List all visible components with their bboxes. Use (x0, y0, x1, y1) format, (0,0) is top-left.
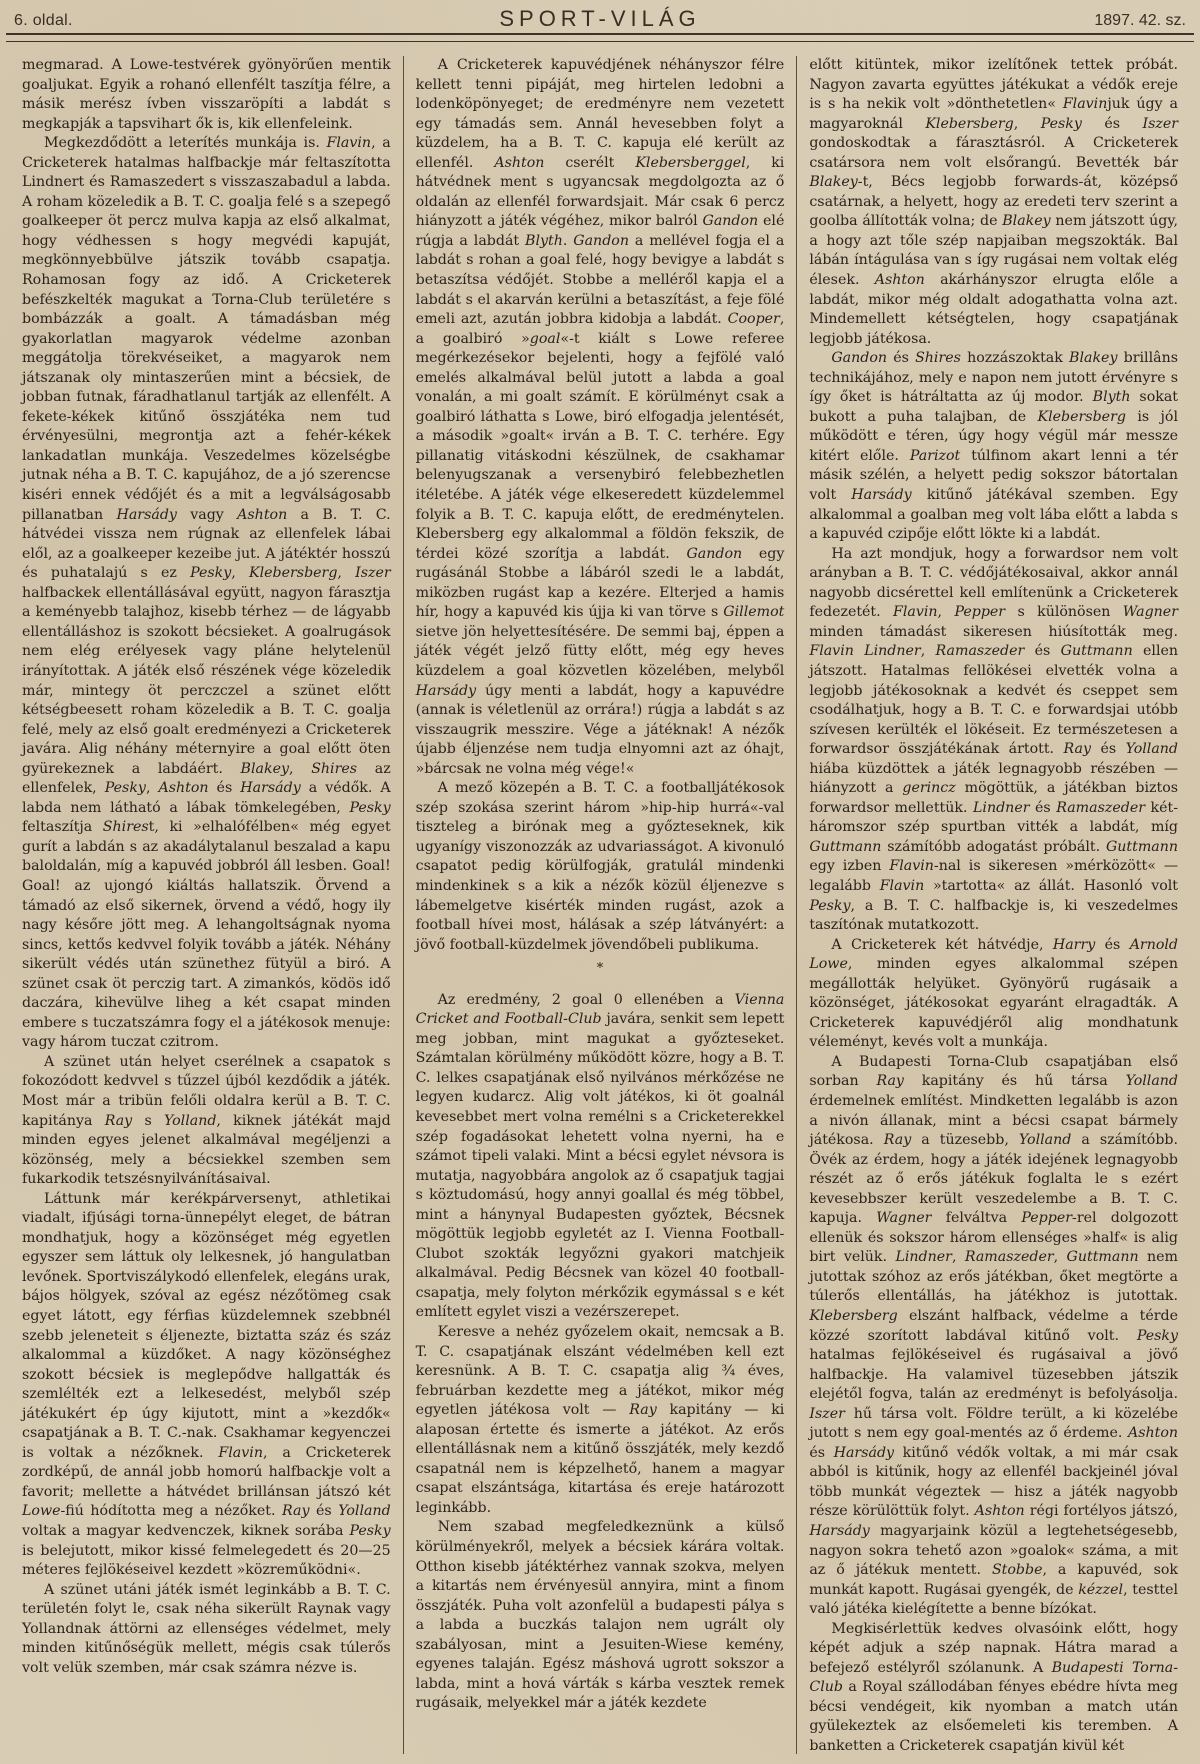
italic-name: Blakey (241, 761, 289, 777)
italic-name: Ramaszeder (936, 643, 1025, 659)
italic-name: Flavin (1063, 96, 1108, 112)
text-run: hű társa volt. Földre terült, a ki közel… (809, 1406, 1178, 1442)
italic-name: Pesky (105, 780, 146, 796)
text-run: , (1054, 1249, 1067, 1265)
italic-name: Ashton (975, 1503, 1025, 1519)
text-run: sietve jön helyettesítésére. De semmi ba… (416, 624, 785, 679)
text-run: »tartotta« az állát. Hasonló volt (924, 878, 1178, 894)
text-run: feltaszítja (22, 819, 103, 835)
italic-name: Blyth (525, 233, 563, 249)
text-run: , (938, 604, 955, 620)
italic-name: Blakey (809, 174, 857, 190)
text-run: megmarad. A Lowe-testvérek gyönyörűen me… (22, 57, 391, 132)
italic-name: Ramaszeder (1056, 800, 1145, 816)
text-run: A szünet utáni játék ismét leginkább a B… (22, 1582, 391, 1676)
italic-name: Gillemot (723, 604, 784, 620)
italic-name: Klebersberg (1038, 409, 1126, 425)
text-run: és (1095, 937, 1129, 953)
text-run: és (1030, 800, 1057, 816)
italic-name: Flavin (893, 604, 938, 620)
italic-name: Klebersberggel (635, 155, 745, 171)
italic-name: Flavin (880, 878, 925, 894)
italic-name: goal (530, 331, 561, 347)
text-run (854, 643, 864, 659)
italic-name: Ashton (875, 272, 925, 288)
text-run: számítóbb adogatást próbált. (881, 839, 1106, 855)
italic-name: Gandon (573, 233, 629, 249)
italic-name: Lowe (22, 1503, 61, 1519)
italic-name: Gandon (686, 546, 742, 562)
text-run: s különösen (1005, 604, 1123, 620)
italic-name: Guttmann (1061, 643, 1133, 659)
paragraph: előtt kitüntek, mikor izelítőnek tettek … (809, 56, 1178, 349)
text-run: és (1082, 116, 1143, 132)
paragraph: Megkezdődött a leterítés munkája is. Fla… (22, 134, 391, 1053)
text-run: , (231, 565, 249, 581)
paragraph: megmarad. A Lowe-testvérek gyönyörűen me… (22, 56, 391, 134)
text-run: , (146, 780, 159, 796)
italic-name: Stobbe (992, 1562, 1043, 1578)
paragraph: Keresve a nehéz győzelem okait, nemcsak … (416, 1323, 785, 1518)
italic-name: Lindner (864, 643, 921, 659)
text-run: Nem szabad megfeledkeznünk a külső körül… (416, 1519, 785, 1711)
paragraph: A Budapesti Torna-Club csapatjában első … (809, 1053, 1178, 1620)
text-run: gondoskodtak a fárasztásról. A Cricketer… (809, 135, 1178, 171)
italic-name: Harsády (240, 780, 300, 796)
paragraph: A Cricketerek kapuvédjének néhányszor fé… (416, 56, 785, 779)
text-run: halfbackek ellentállásával együtt, nagyo… (22, 585, 391, 777)
italic-name: Ashton (1128, 1425, 1178, 1441)
text-run: A Cricketerek kapuvédjének néhányszor fé… (416, 57, 785, 171)
text-run: Megkezdődött a leterítés munkája is. (44, 135, 327, 151)
text-run: és (209, 780, 241, 796)
italic-name: kézzel (1078, 1582, 1123, 1598)
italic-name: Guttmann (1106, 839, 1178, 855)
italic-name: Klebersberg (809, 1308, 897, 1324)
italic-name: Flavin (218, 1445, 263, 1461)
column-left: megmarad. A Lowe-testvérek gyönyörűen me… (10, 56, 403, 1754)
text-run: régi fortélyos játszó, (1025, 1503, 1178, 1519)
italic-name: Pesky (349, 800, 390, 816)
text-run: és (887, 350, 915, 366)
italic-name: Yolland (1019, 1132, 1071, 1148)
text-run: , minden egyes alkalommal szépen megállo… (809, 956, 1178, 1050)
italic-name: Iszer (355, 565, 391, 581)
text-run: , (1014, 116, 1041, 132)
italic-name: Blyth (1093, 389, 1131, 405)
text-run: , (952, 1249, 965, 1265)
italic-name: Yolland (1126, 741, 1178, 757)
italic-name: Cooper (728, 311, 780, 327)
italic-name: Shires (311, 761, 357, 777)
text-run: kapitány és hű társa (904, 1073, 1126, 1089)
text-run: és (310, 1503, 339, 1519)
text-run: hatalmas fejlökéseivel és rugásaival a j… (809, 1347, 1178, 1402)
italic-name: Blakey (1069, 350, 1117, 366)
italic-name: Ramaszeder (965, 1249, 1054, 1265)
italic-name: Yolland (164, 1113, 216, 1129)
text-run: Az eredmény, 2 goal 0 ellenében a (438, 992, 735, 1008)
italic-name: Pesky (349, 1523, 390, 1539)
text-run: , a Cricketerek hatalmas halfbackje már … (22, 135, 391, 522)
italic-name: Ray (105, 1113, 132, 1129)
masthead-title: SPORT-VILÁG (8, 6, 1192, 32)
text-run: t, ki »elhalófélben« még egyet gurít a l… (22, 819, 391, 1050)
italic-name: Harry (1053, 937, 1095, 953)
italic-name: Harsády (116, 507, 176, 523)
text-run: a tüzesebb, (911, 1132, 1019, 1148)
text-run: * (597, 961, 604, 976)
italic-name: Klebersberg (249, 565, 337, 581)
paragraph: Láttunk már kerékpárversenyt, athletikai… (22, 1190, 391, 1581)
paragraph: A szünet után helyet cserélnek a csapato… (22, 1053, 391, 1190)
italic-name: Guttmann (1067, 1249, 1139, 1265)
italic-name: Yolland (338, 1503, 390, 1519)
italic-name: Ray (884, 1132, 911, 1148)
paragraph: A mező közepén a B. T. C. a footballjáté… (416, 779, 785, 955)
italic-name: Ray (1064, 741, 1091, 757)
text-run: A mező közepén a B. T. C. a footballjáté… (416, 780, 785, 952)
italic-name: Flavin (809, 643, 854, 659)
text-run: és (809, 1445, 833, 1461)
italic-name: Ray (282, 1503, 309, 1519)
text-run: -fiú hódította meg a nézőket. (61, 1503, 283, 1519)
text-run: felváltva (931, 1210, 1021, 1226)
italic-name: Wagner (876, 1210, 931, 1226)
italic-name: Iszer (1142, 116, 1178, 132)
text-run: . (563, 233, 573, 249)
italic-name: Guttmann (809, 839, 881, 855)
text-run: minden támadást sikeresen hiúsították me… (809, 624, 1178, 640)
italic-name: Gandon (831, 350, 887, 366)
italic-name: Harsády (809, 1523, 869, 1539)
italic-name: Harsády (834, 1445, 894, 1461)
italic-name: Gandon (703, 213, 759, 229)
italic-name: Iszer (809, 1406, 845, 1422)
text-run: és (1091, 741, 1126, 757)
italic-name: Ashton (237, 507, 287, 523)
article-body: megmarad. A Lowe-testvérek gyönyörűen me… (10, 56, 1190, 1754)
italic-name: Ray (629, 1402, 656, 1418)
italic-name: Ashton (158, 780, 208, 796)
paragraph: A szünet utáni játék ismét leginkább a B… (22, 1581, 391, 1679)
italic-name: Pesky (1041, 116, 1082, 132)
paragraph: Gandon és Shires hozzászoktak Blakey bri… (809, 349, 1178, 544)
italic-name: Flavin (327, 135, 372, 151)
text-run: , (289, 761, 311, 777)
text-run: hozzászoktak (961, 350, 1069, 366)
italic-name: Pesky (809, 898, 850, 914)
italic-name: Ashton (494, 155, 544, 171)
text-run: , (337, 565, 355, 581)
italic-name: Harsády (851, 487, 911, 503)
section-separator: * (416, 959, 785, 979)
italic-name: Flavin (889, 858, 934, 874)
paragraph: Ha azt mondjuk, hogy a forwardsor nem vo… (809, 545, 1178, 936)
paragraph: Nem szabad megfeledkeznünk a külső körül… (416, 1518, 785, 1713)
text-run: Láttunk már kerékpárversenyt, athletikai… (22, 1191, 391, 1461)
text-run: a Royal szállodában fényes ebédre hívta … (809, 1679, 1178, 1754)
text-run: A Cricketerek két hátvédje, (831, 937, 1053, 953)
italic-name: Shires (103, 819, 149, 835)
paragraph: Az eredmény, 2 goal 0 ellenében a Vienna… (416, 991, 785, 1323)
italic-name: Ray (876, 1073, 903, 1089)
text-run: s (132, 1113, 164, 1129)
issue-number: 1897. 42. sz. (1094, 12, 1186, 30)
text-run: is belejutott, mikor kissé felmelegedett… (22, 1543, 391, 1579)
text-run: cserélt (544, 155, 635, 171)
text-run: javára, senkit sem lepett meg jobban, mi… (416, 1011, 785, 1320)
text-run: vagy (177, 507, 237, 523)
text-run: , (921, 643, 936, 659)
italic-name: Wagner (1123, 604, 1178, 620)
italic-name: Klebersberg (925, 116, 1013, 132)
text-run: egy izben (809, 858, 889, 874)
paragraph: Megkisérlettük kedves olvasóink előtt, h… (809, 1620, 1178, 1754)
text-run: «-t kiált s Lowe referee megérkezésekor … (416, 331, 785, 562)
text-run: voltak a magyar kedvenczek, kiknek soráb… (22, 1523, 349, 1539)
italic-name: Blakey (1002, 213, 1050, 229)
italic-name: Pepper (1021, 1210, 1072, 1226)
italic-name: Lindner (973, 800, 1030, 816)
italic-name: Lindner (895, 1249, 952, 1265)
paragraph: A Cricketerek két hátvédje, Harry és Arn… (809, 936, 1178, 1053)
text-run: , a B. T. C. halfbackje is, ki veszedelm… (809, 898, 1178, 934)
column-right: előtt kitüntek, mikor izelítőnek tettek … (796, 56, 1190, 1754)
italic-name: Pesky (1137, 1328, 1178, 1344)
italic-name: Harsády (416, 683, 476, 699)
text-run: kapitány — ki alaposan értette és ismert… (416, 1402, 785, 1516)
italic-name: gerincz (902, 780, 955, 796)
italic-name: Yolland (1126, 1073, 1178, 1089)
italic-name: Parizot (910, 448, 960, 464)
italic-name: Shires (915, 350, 961, 366)
italic-name: Pepper (954, 604, 1005, 620)
italic-name: Pesky (190, 565, 231, 581)
header-double-rule (6, 33, 1194, 42)
column-middle: A Cricketerek kapuvédjének néhányszor fé… (403, 56, 797, 1754)
text-run: és (1024, 643, 1060, 659)
